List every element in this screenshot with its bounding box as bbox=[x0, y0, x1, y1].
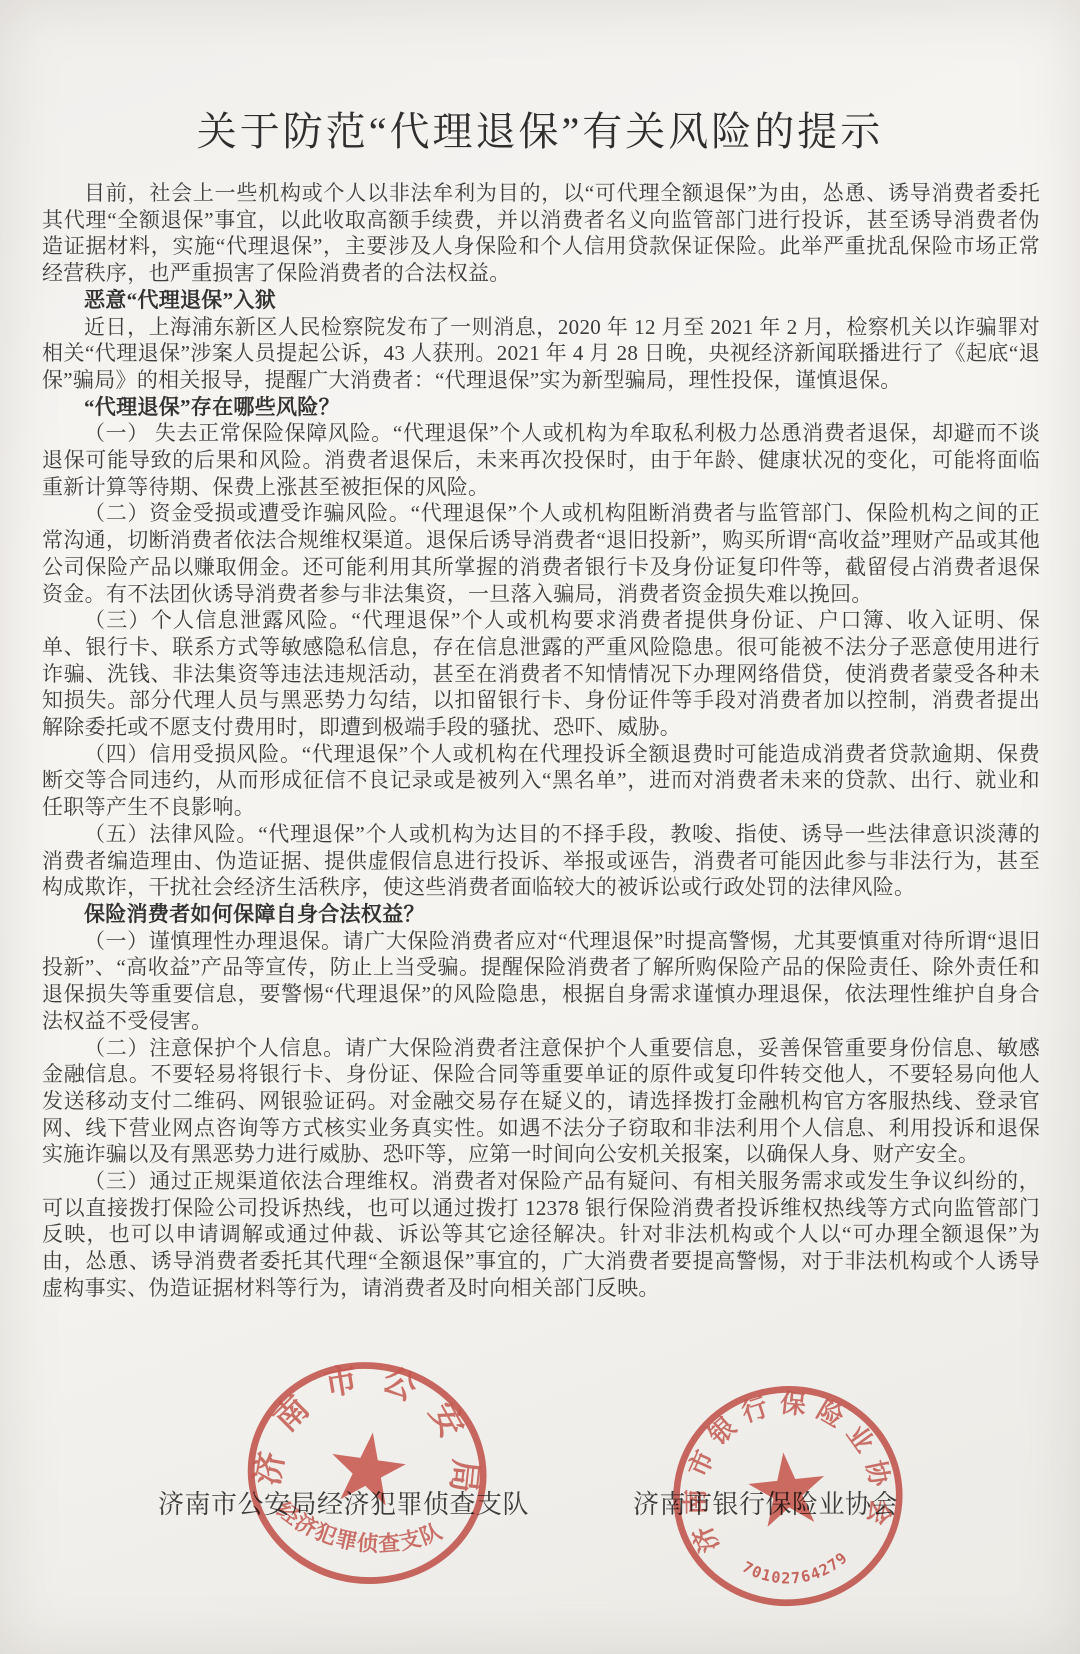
para-risk-5: （五）法律风险。“代理退保”个人或机构为达目的不择手段，教唆、指使、诱导一些法律… bbox=[42, 821, 1040, 901]
para-advice-2: （二）注意保护个人信息。请广大保险消费者注意保护个人重要信息，妥善保管重要身份信… bbox=[42, 1035, 1040, 1169]
stamp-association-seal: 济南市银行保险业协会 3701027642797 bbox=[652, 1366, 924, 1629]
para-intro: 目前，社会上一些机构或个人以非法牟利为目的，以“可代理全额退保”为由，怂恿、诱导… bbox=[42, 180, 1040, 287]
stamp-police-seal-graphic: 济南市公安局 经济犯罪侦查支队 bbox=[224, 1336, 509, 1613]
para-advice-1: （一）谨慎理性办理退保。请广大保险消费者应对“代理退保”时提高警惕，尤其要慎重对… bbox=[42, 928, 1040, 1035]
heading-protect-rights: 保险消费者如何保障自身合法权益？ bbox=[42, 901, 1040, 928]
para-risk-2: （二）资金受损或遭受诈骗风险。“代理退保”个人或机构阻断消费者与监管部门、保险机… bbox=[42, 500, 1040, 607]
heading-malicious-jail: 恶意“代理退保”入狱 bbox=[42, 287, 1040, 314]
para-news-case: 近日，上海浦东新区人民检察院发布了一则消息，2020 年 12 月至 2021 … bbox=[42, 314, 1040, 394]
document-body: 目前，社会上一些机构或个人以非法牟利为目的，以“可代理全额退保”为由，怂恿、诱导… bbox=[42, 180, 1040, 1302]
para-advice-3: （三）通过正规渠道依法合理维权。消费者对保险产品有疑问、有相关服务需求或发生争议… bbox=[42, 1168, 1040, 1302]
star-icon bbox=[326, 1427, 409, 1507]
stamp-association-seal-graphic: 济南市银行保险业协会 3701027642797 bbox=[652, 1366, 924, 1629]
stamp-police-seal: 济南市公安局 经济犯罪侦查支队 bbox=[224, 1336, 509, 1613]
para-risk-3: （三）个人信息泄露风险。“代理退保”个人或机构要求消费者提供身份证、户口簿、收入… bbox=[42, 607, 1040, 741]
para-risk-4: （四）信用受损风险。“代理退保”个人或机构在代理投诉全额退费时可能造成消费者贷款… bbox=[42, 741, 1040, 821]
star-icon bbox=[745, 1449, 828, 1529]
heading-what-risks: “代理退保”存在哪些风险？ bbox=[42, 394, 1040, 421]
page-title: 关于防范“代理退保”有关风险的提示 bbox=[0, 100, 1080, 157]
para-risk-1: （一） 失去正常保险保障风险。“代理退保”个人或机构为牟取私利极力怂恿消费者退保… bbox=[42, 420, 1040, 500]
scanned-paper: 关于防范“代理退保”有关风险的提示 目前，社会上一些机构或个人以非法牟利为目的，… bbox=[0, 0, 1080, 1654]
